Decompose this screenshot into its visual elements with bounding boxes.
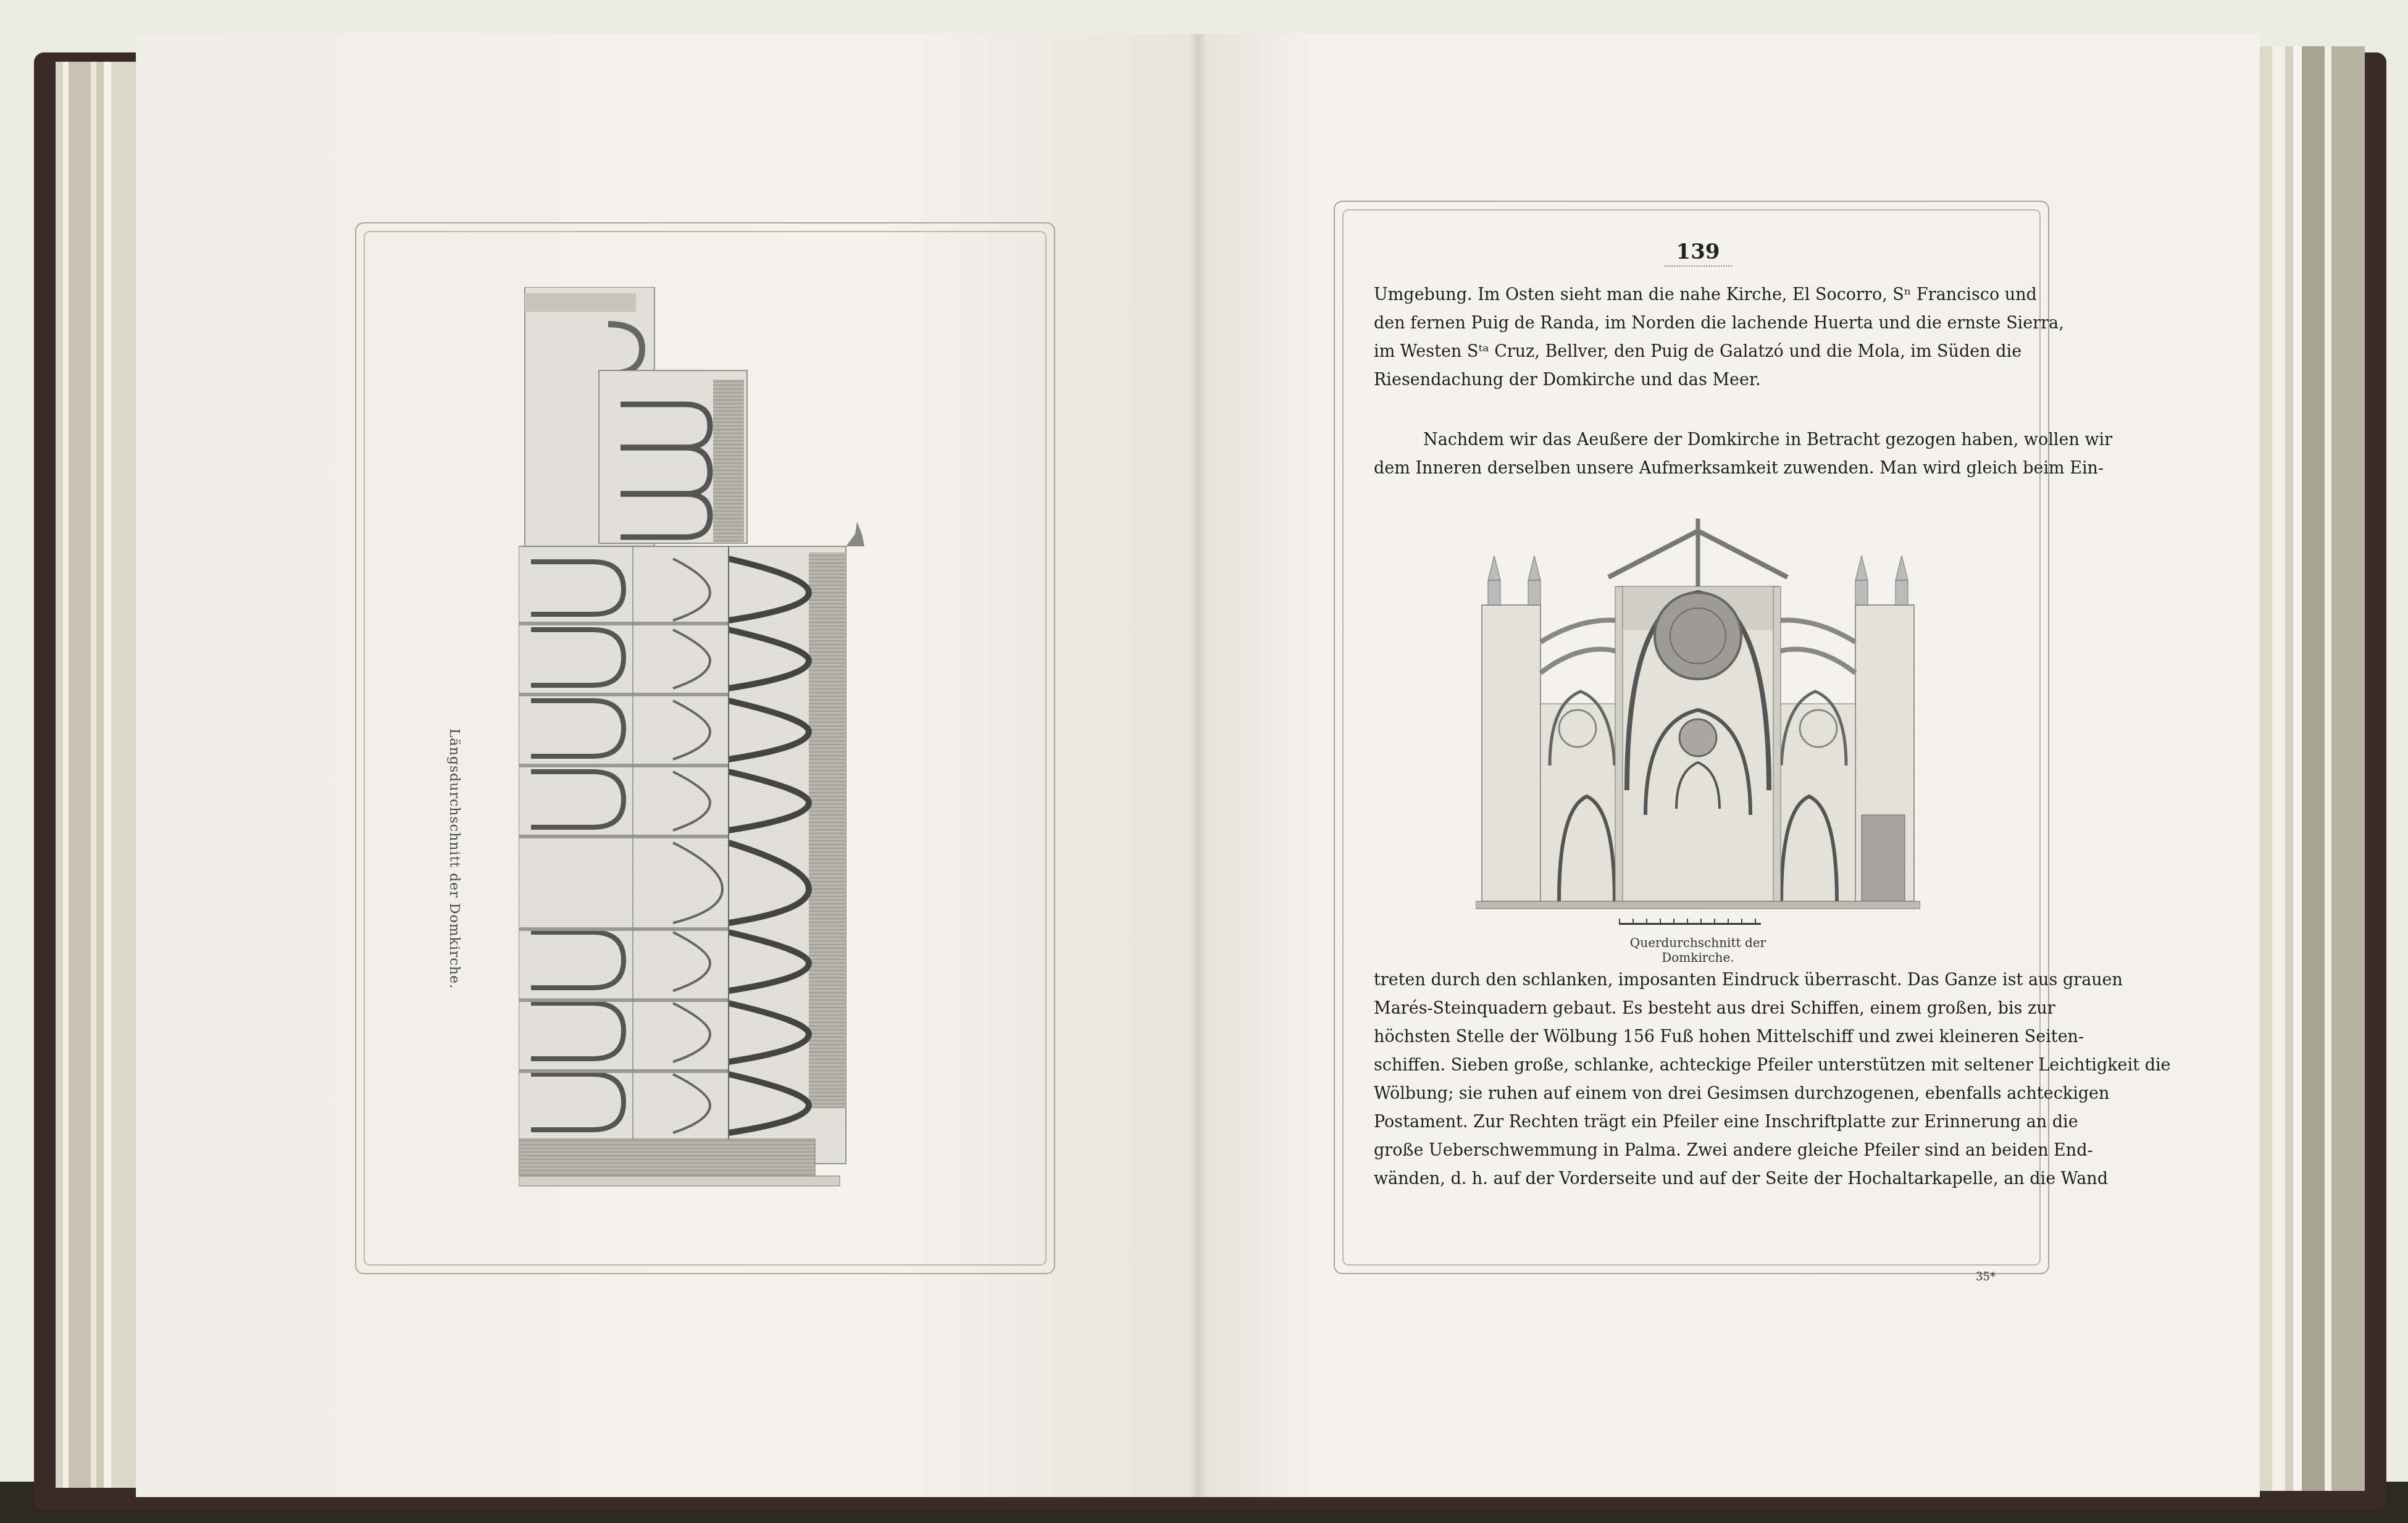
text-line: Postament. Zur Rechten trägt ein Pfeiler… bbox=[1374, 1108, 2010, 1137]
text-line: im Westen Sᵗᵃ Cruz, Bellver, den Puig de… bbox=[1374, 338, 2010, 366]
scale-bar bbox=[1619, 923, 1761, 928]
longitudinal-section-illustration bbox=[519, 287, 889, 1188]
page-number-rule bbox=[1664, 265, 1732, 268]
text-line: höchsten Stelle der Wölbung 156 Fuß hohe… bbox=[1374, 1023, 2010, 1051]
book-gutter bbox=[1189, 34, 1207, 1497]
cross-section-caption: Querdurchschnitt der Domkirche. bbox=[1612, 935, 1784, 965]
text-line: den fernen Puig de Randa, im Norden die … bbox=[1374, 309, 2010, 338]
text-line: Marés-Steinquadern gebaut. Es besteht au… bbox=[1374, 995, 2010, 1023]
right-page-edges bbox=[2260, 46, 2365, 1491]
text-line: Nachdem wir das Aeußere der Domkirche in… bbox=[1374, 426, 2010, 454]
text-line: dem Inneren derselben unsere Aufmerksamk… bbox=[1374, 454, 2010, 483]
signature-mark: 35* bbox=[1976, 1271, 1996, 1283]
page-number: 139 bbox=[1667, 240, 1729, 264]
cross-section-illustration bbox=[1476, 519, 1920, 914]
text-line: Umgebung. Im Osten sieht man die nahe Ki… bbox=[1374, 281, 2010, 309]
paragraph-3: treten durch den schlanken, imposanten E… bbox=[1374, 966, 2010, 1193]
text-line: Wölbung; sie ruhen auf einem von drei Ge… bbox=[1374, 1080, 2010, 1108]
text-line: treten durch den schlanken, imposanten E… bbox=[1374, 966, 2010, 995]
text-line: große Ueberschwemmung in Palma. Zwei and… bbox=[1374, 1137, 2010, 1165]
paragraph-2: Nachdem wir das Aeußere der Domkirche in… bbox=[1374, 426, 2010, 483]
text-line: schiffen. Sieben große, schlanke, achtec… bbox=[1374, 1051, 2010, 1080]
text-line: Riesendachung der Domkirche und das Meer… bbox=[1374, 366, 2010, 394]
left-page-edges bbox=[56, 62, 148, 1488]
text-line: wänden, d. h. auf der Vorderseite und au… bbox=[1374, 1165, 2010, 1193]
left-figure-caption: Längsdurchschnitt der Domkirche. bbox=[446, 728, 462, 989]
paragraph-1: Umgebung. Im Osten sieht man die nahe Ki… bbox=[1374, 281, 2010, 394]
